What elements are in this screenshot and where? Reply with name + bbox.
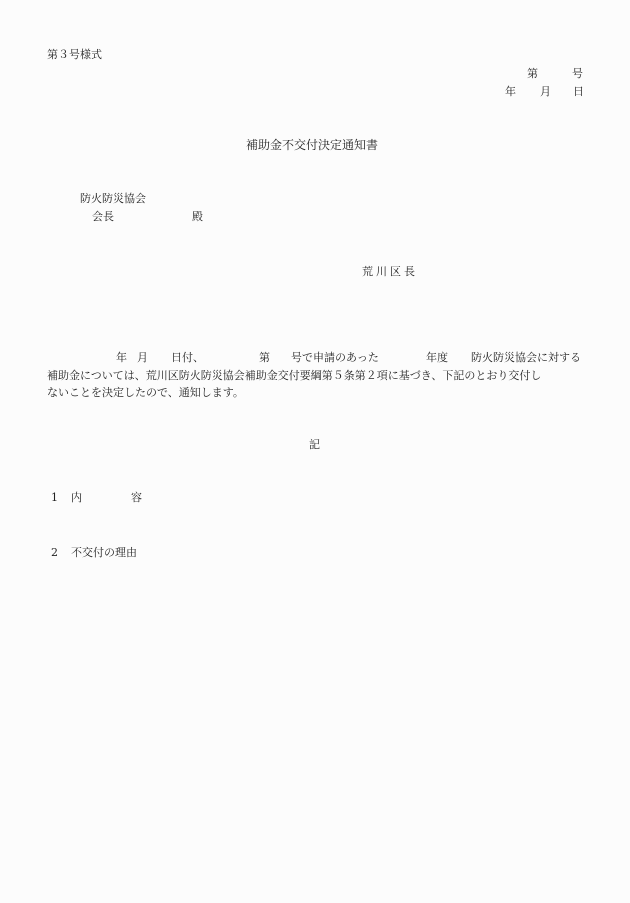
body-application-number-suffix: 号で申請のあった [291,351,379,365]
document-number-suffix: 号 [572,67,583,81]
body-association: 防火防災協会に対する [471,351,581,365]
body-application-day: 日付、 [171,351,204,365]
body-application-number-prefix: 第 [259,351,270,365]
body-fiscal-year: 年度 [426,351,448,365]
recipient-honorific: 殿 [192,210,203,224]
sender: 荒川区長 [362,265,418,279]
recipient-organization: 防火防災協会 [80,192,146,206]
item-2-number: 2 [51,546,58,560]
body-application-year: 年 [116,351,127,365]
date-month: 月 [540,85,551,99]
body-text-line-2: 補助金については、荒川区防火防災協会補助金交付要綱第５条第２項に基づき、下記のと… [47,369,587,383]
item-1-number: 1 [51,491,58,505]
form-number: 第３号様式 [47,48,102,62]
ki-heading: 記 [309,438,320,452]
body-application-month: 月 [137,351,148,365]
item-2-label: 不交付の理由 [71,546,137,560]
date-year: 年 [505,85,516,99]
recipient-position: 会長 [92,210,114,224]
item-1-label-part-a: 内 [71,491,82,505]
document-number-prefix: 第 [527,67,538,81]
item-1-label-part-b: 容 [131,491,142,505]
date-day: 日 [573,85,584,99]
document-title: 補助金不交付決定通知書 [246,138,378,152]
body-text-line-3: ないことを決定したので、通知します。 [47,386,587,400]
